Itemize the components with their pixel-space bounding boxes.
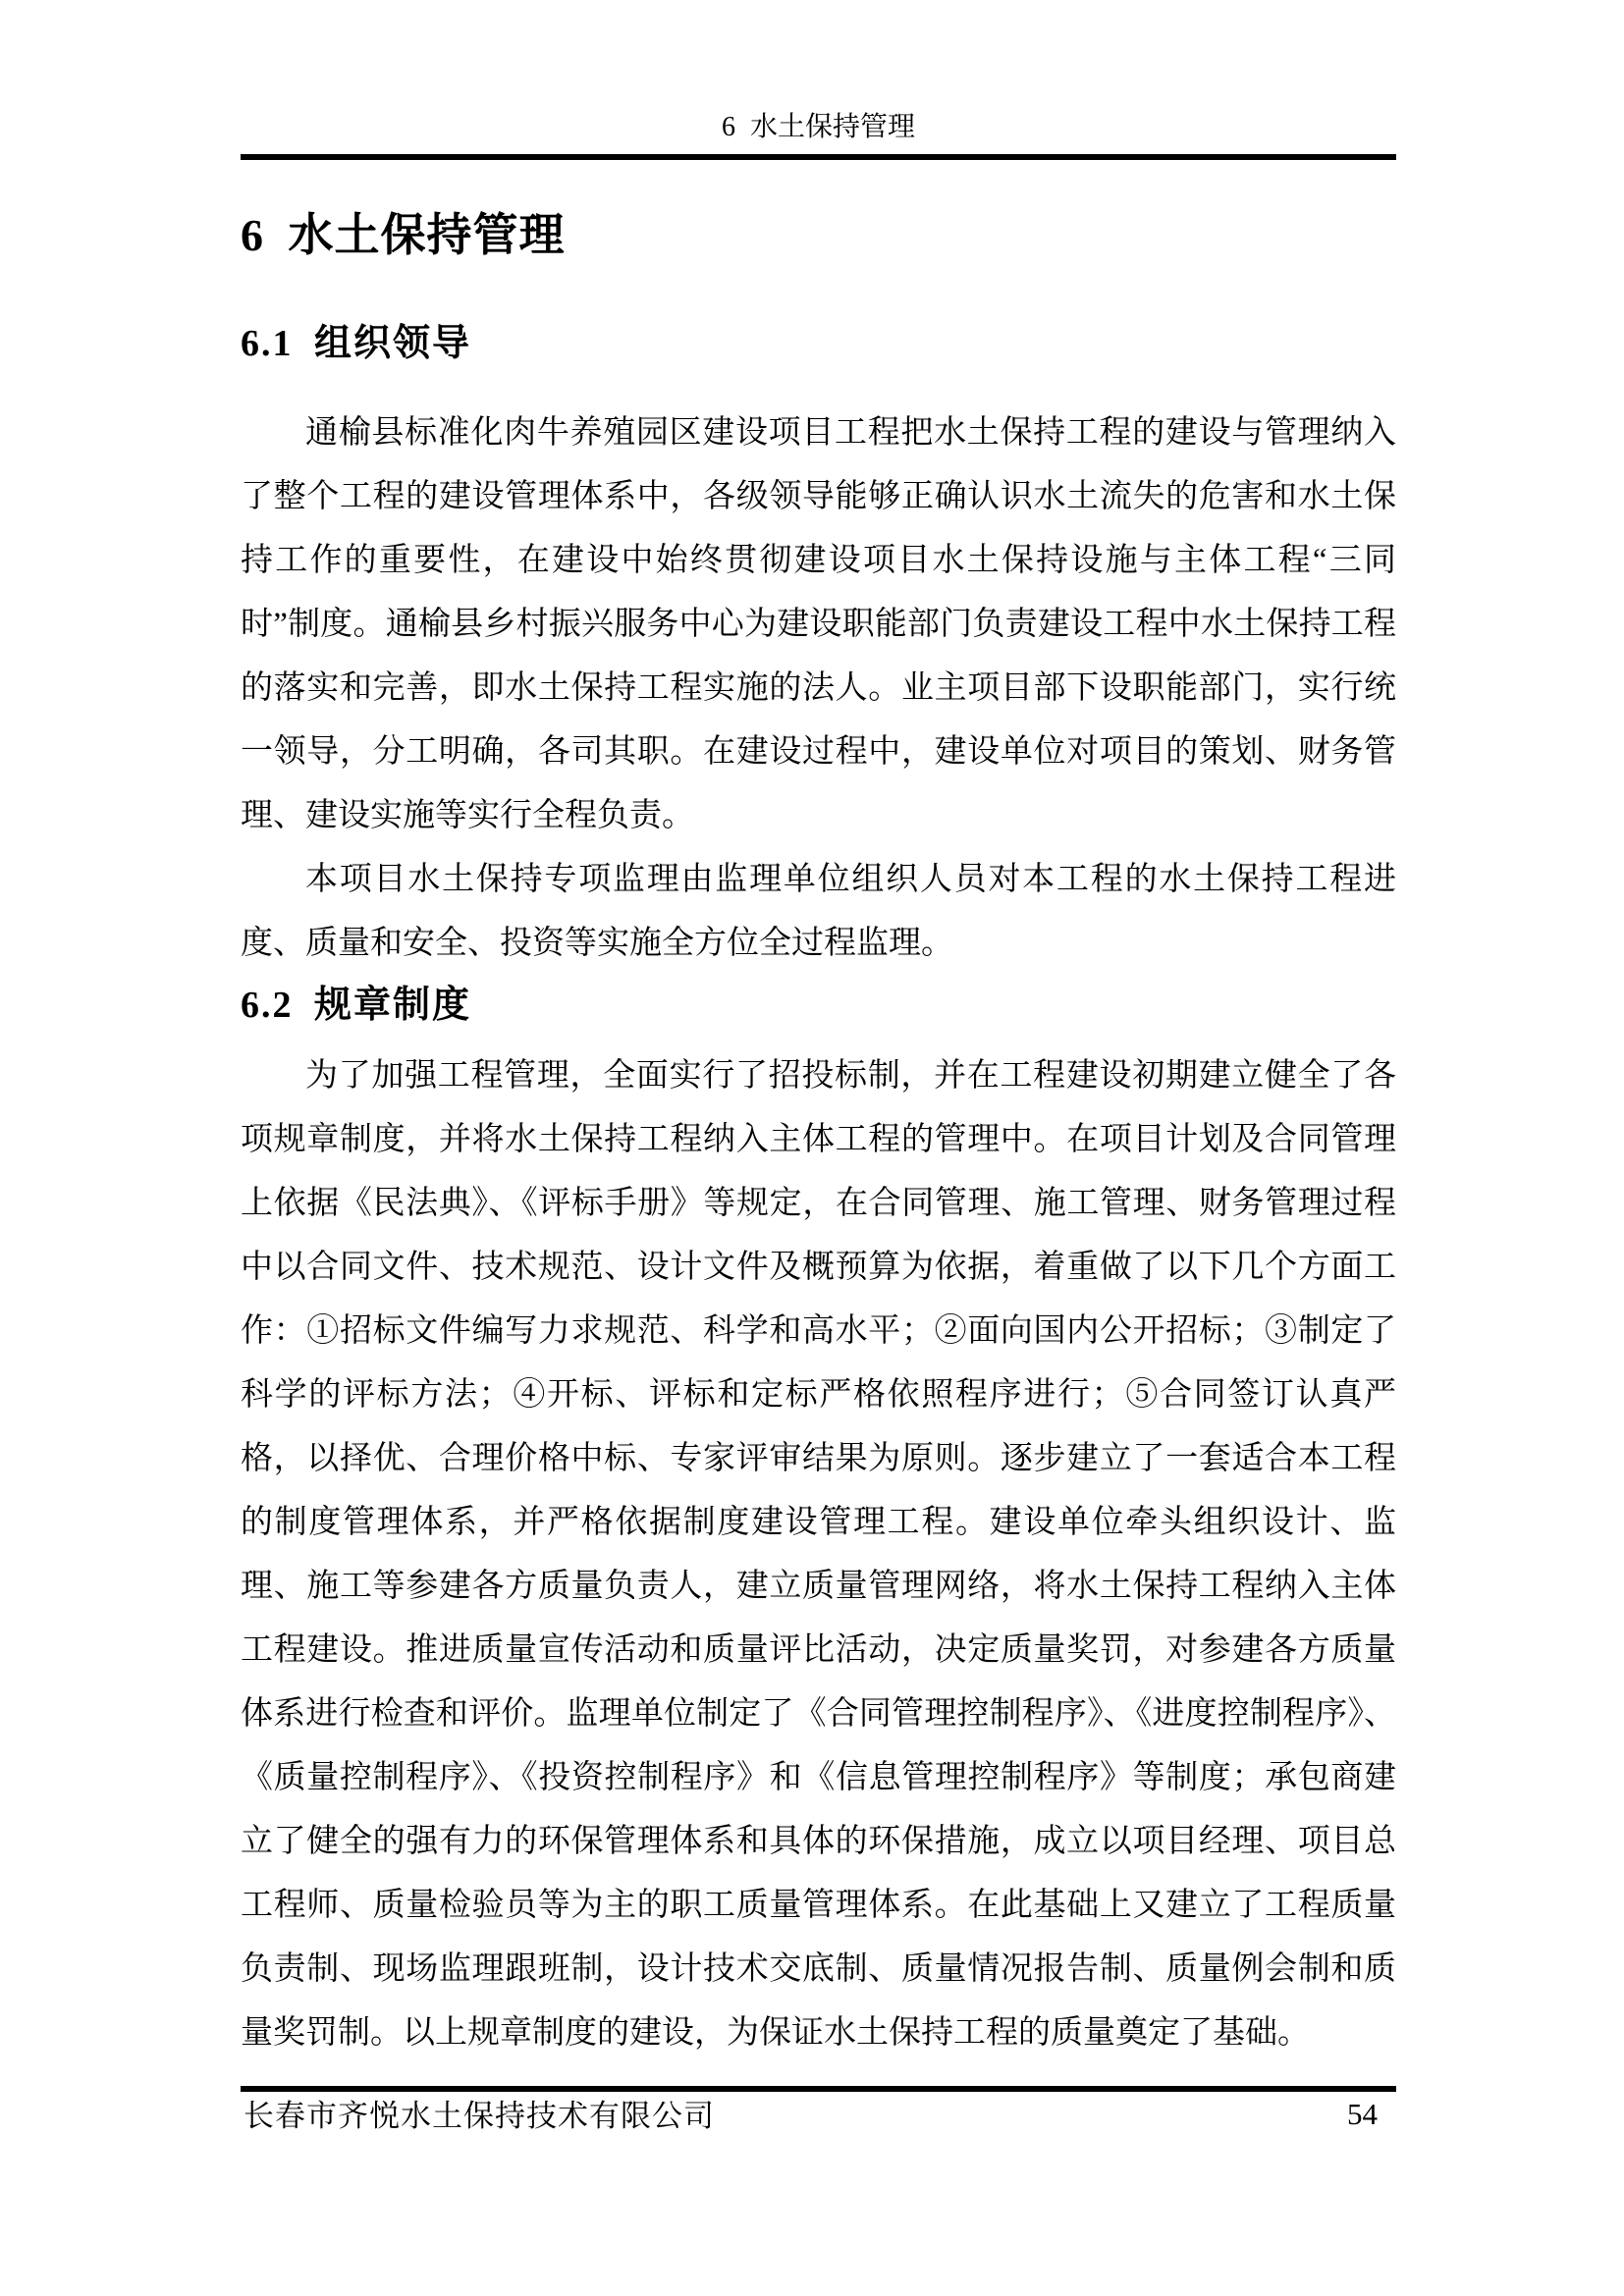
document-page: 6 水土保持管理 6 水土保持管理 6.1 组织领导 通榆县标准化肉牛养殖园区建…	[0, 0, 1624, 2296]
section-heading-6-1: 6.1 组织领导	[241, 324, 1396, 363]
page-number: 54	[1347, 2095, 1378, 2134]
footer-company-name: 长春市齐悦水土保持技术有限公司	[244, 2097, 715, 2136]
paragraph-6-1-a: 通榆县标准化肉牛养殖园区建设项目工程把水土保持工程的建设与管理纳入了整个工程的建…	[241, 401, 1396, 848]
page-content: 6 水土保持管理 6.1 组织领导 通榆县标准化肉牛养殖园区建设项目工程把水土保…	[241, 0, 1396, 2065]
chapter-heading: 6 水土保持管理	[241, 212, 1396, 259]
paragraph-6-2-a: 为了加强工程管理，全面实行了招投标制，并在工程建设初期建立健全了各项规章制度，并…	[241, 1044, 1396, 2065]
footer-divider	[241, 2086, 1396, 2092]
section-heading-6-2: 6.2 规章制度	[241, 986, 1396, 1025]
paragraph-6-1-b: 本项目水土保持专项监理由监理单位组织人员对本工程的水土保持工程进度、质量和安全、…	[241, 848, 1396, 976]
